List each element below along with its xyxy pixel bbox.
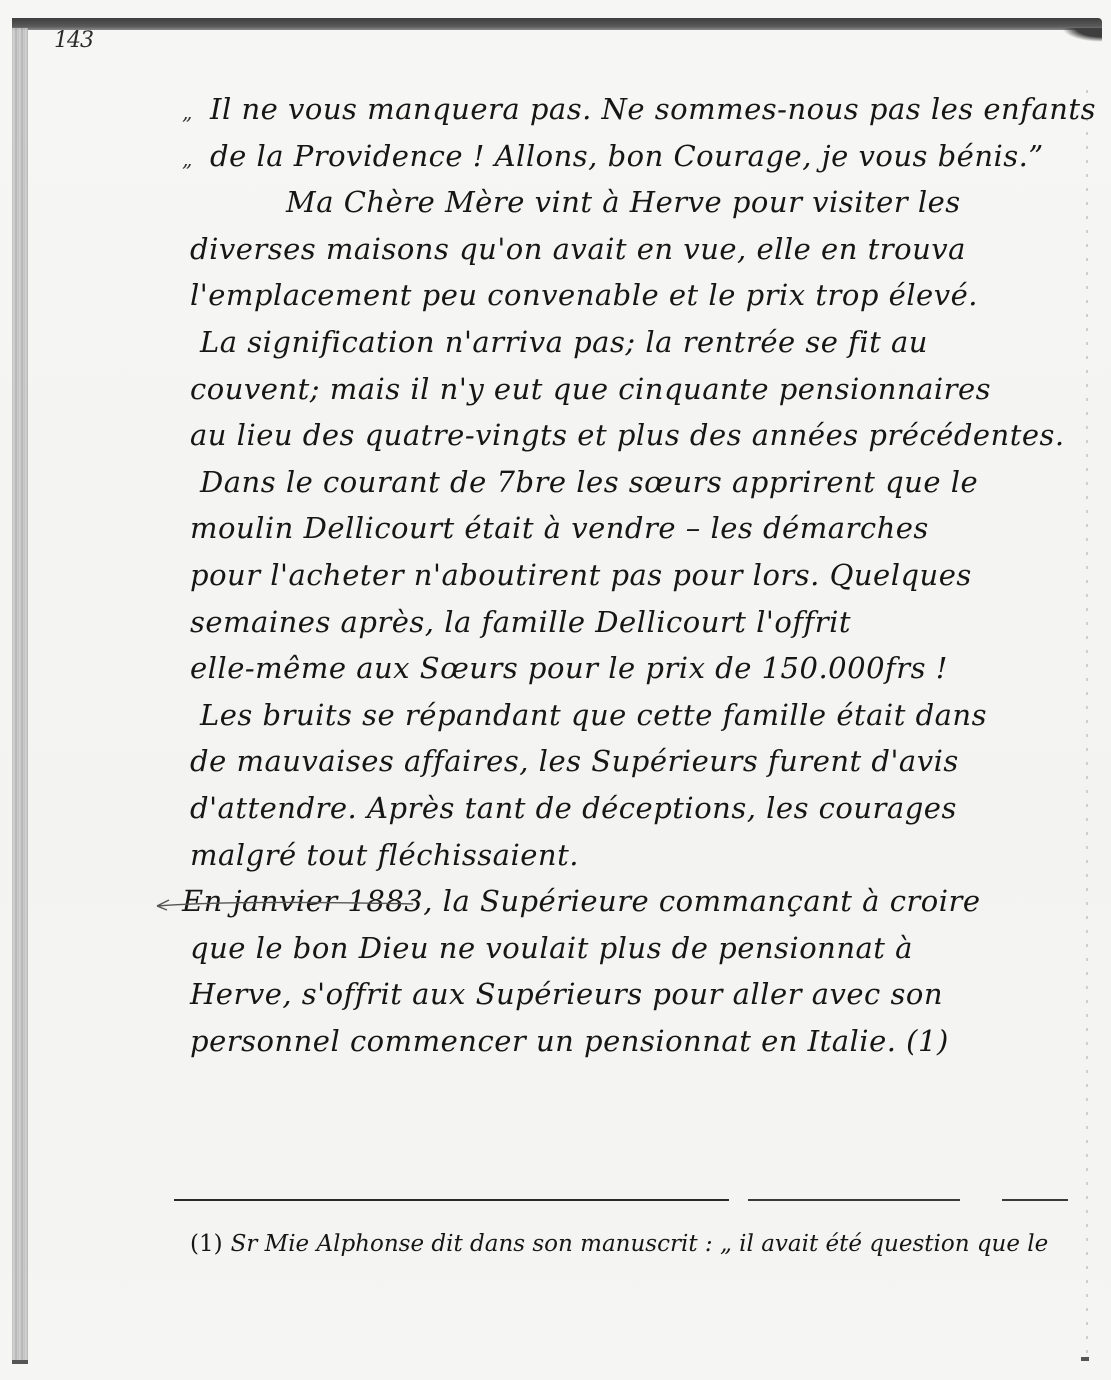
text-line: l'emplacement peu convenable et le prix … — [160, 272, 1090, 319]
text-line: Ma Chère Mère vint à Herve pour visiter … — [160, 179, 1090, 226]
text-line: malgré tout fléchissaient. — [160, 832, 1090, 879]
text-line: La signification n'arriva pas; la rentré… — [160, 319, 1090, 366]
manuscript-page: 143 „Il ne vous manquera pas. Ne sommes-… — [0, 0, 1111, 1380]
text-line: „de la Providence ! Allons, bon Courage,… — [160, 133, 1090, 180]
text-line: d'attendre. Après tant de déceptions, le… — [160, 785, 1090, 832]
footnote-separator — [174, 1199, 729, 1201]
text-line: couvent; mais il n'y eut que cinquante p… — [160, 366, 1090, 413]
footnote-text: Sr Mie Alphonse dit dans son manuscrit :… — [231, 1231, 1049, 1257]
page-top-border — [12, 18, 1102, 30]
text-line: elle-même aux Sœurs pour le prix de 150.… — [160, 645, 1090, 692]
text-line: de mauvaises affaires, les Supérieurs fu… — [160, 738, 1090, 785]
text-line: moulin Dellicourt était à vendre – les d… — [160, 505, 1090, 552]
binding-foot-mark — [12, 1360, 28, 1364]
quote-mark: „ — [182, 136, 210, 183]
footnote-separator — [748, 1199, 960, 1201]
text-line: diverses maisons qu'on avait en vue, ell… — [160, 226, 1090, 273]
text-line: Dans le courant de 7bre les sœurs apprir… — [160, 459, 1090, 506]
text-line: au lieu des quatre-vingts et plus des an… — [160, 412, 1090, 459]
book-binding-strip — [12, 28, 28, 1364]
footnote-separator — [1002, 1199, 1068, 1201]
text-line: que le bon Dieu ne voulait plus de pensi… — [160, 925, 1090, 972]
quote-mark: „ — [182, 89, 210, 136]
text-line: personnel commencer un pensionnat en Ita… — [160, 1018, 1090, 1065]
text-line: „Il ne vous manquera pas. Ne sommes-nous… — [160, 86, 1090, 133]
text-line: semaines après, la famille Dellicourt l'… — [160, 599, 1090, 646]
right-edge-foot-mark — [1081, 1357, 1089, 1361]
text-line: pour l'acheter n'aboutirent pas pour lor… — [160, 552, 1090, 599]
text-line: Les bruits se répandant que cette famill… — [160, 692, 1090, 739]
page-number: 143 — [54, 28, 93, 53]
margin-arrow-icon — [155, 898, 415, 912]
manuscript-body: „Il ne vous manquera pas. Ne sommes-nous… — [160, 86, 1090, 1064]
footnote-marker: (1) — [190, 1231, 223, 1257]
footnote: (1)Sr Mie Alphonse dit dans son manuscri… — [190, 1226, 1090, 1262]
text-line: Herve, s'offrit aux Supérieurs pour alle… — [160, 971, 1090, 1018]
